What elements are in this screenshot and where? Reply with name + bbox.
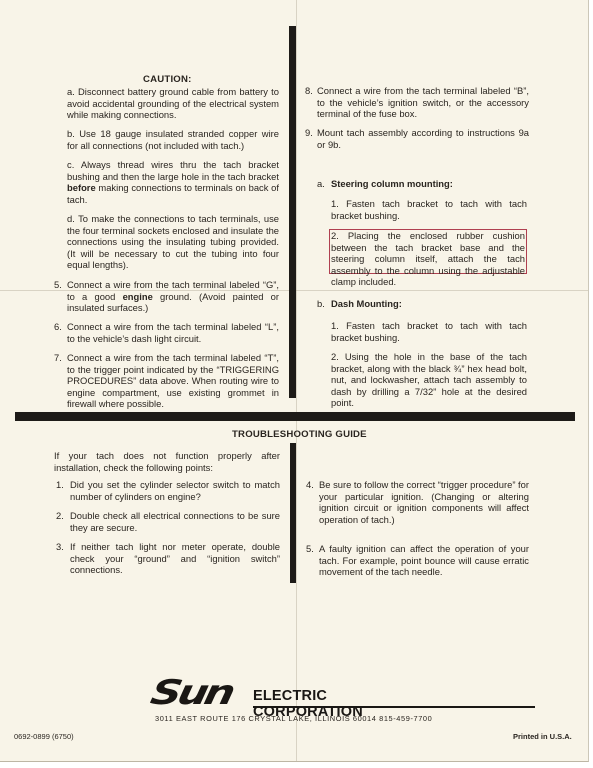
step-number: 5. — [54, 279, 62, 291]
mounting-a-title: Steering column mounting: — [331, 178, 531, 190]
trouble-number: 5. — [306, 543, 314, 555]
logo-underline — [253, 706, 535, 708]
trouble-item-1: Did you set the cylinder selector switch… — [70, 479, 280, 502]
step-emphasis: engine — [123, 291, 153, 302]
step-number: 8. — [305, 85, 313, 97]
caution-heading: CAUTION: — [143, 74, 192, 85]
troubleshooting-heading: TROUBLESHOOTING GUIDE — [232, 429, 367, 440]
part-number: 0692-0899 (6750) — [14, 732, 74, 741]
step-9: Mount tach assembly according to instruc… — [317, 127, 529, 150]
trouble-number: 3. — [56, 541, 64, 553]
column-divider-top — [289, 26, 296, 398]
trouble-item-2: Double check all electrical connections … — [70, 510, 280, 533]
item-text: To make the connections to tach terminal… — [67, 213, 279, 270]
mounting-b-label: b. — [317, 298, 325, 310]
trouble-number: 2. — [56, 510, 64, 522]
step-7: Connect a wire from the tach terminal la… — [67, 352, 279, 410]
item-label: d. — [67, 213, 75, 224]
item-text: Disconnect battery ground cable from bat… — [67, 86, 279, 120]
printed-in: Printed in U.S.A. — [513, 732, 572, 741]
column-divider-bottom — [290, 443, 296, 583]
trouble-number: 4. — [306, 479, 314, 491]
step-number: 7. — [54, 352, 62, 364]
step-8: Connect a wire from the tach terminal la… — [317, 85, 529, 120]
company-address: 3011 EAST ROUTE 176 CRYSTAL LAKE, ILLINO… — [155, 714, 432, 723]
item-text: Use 18 gauge insulated stranded copper w… — [67, 128, 279, 151]
section-divider — [15, 412, 575, 421]
troubleshooting-intro: If your tach does not function properly … — [54, 450, 280, 473]
trouble-item-5: A faulty ignition can affect the operati… — [319, 543, 529, 578]
step-number: 6. — [54, 321, 62, 333]
caution-item-b: b. Use 18 gauge insulated stranded coppe… — [67, 128, 279, 151]
trouble-item-3: If neither tach light nor meter operate,… — [70, 541, 280, 576]
fold-crease-vertical — [296, 0, 297, 761]
step-6: Connect a wire from the tach terminal la… — [67, 321, 279, 344]
step-5: Connect a wire from the tach terminal la… — [67, 279, 279, 314]
item-emphasis: before — [67, 182, 96, 193]
mounting-a-label: a. — [317, 178, 325, 190]
mounting-a-step-1: 1. Fasten tach bracket to tach with tach… — [331, 198, 527, 221]
caution-item-d: d. To make the connections to tach termi… — [67, 213, 279, 271]
caution-item-a: a. Disconnect battery ground cable from … — [67, 86, 279, 121]
mounting-b-step-1: 1. Fasten tach bracket to tach with tach… — [331, 320, 527, 343]
item-label: b. — [67, 128, 75, 139]
item-label: c. — [67, 159, 74, 170]
mounting-a-step-2: 2. Placing the enclosed rubber cushion b… — [331, 230, 525, 288]
item-label: a. — [67, 86, 75, 97]
trouble-number: 1. — [56, 479, 64, 491]
company-logo: Sun ELECTRIC CORPORATION — [155, 676, 435, 712]
trouble-item-4: Be sure to follow the correct “trigger p… — [319, 479, 529, 525]
item-text: making connections to terminals on back … — [67, 182, 279, 205]
sun-logo-wordmark: Sun — [148, 676, 235, 710]
mounting-b-step-2: 2. Using the hole in the base of the tac… — [331, 351, 527, 409]
caution-item-c: c. Always thread wires thru the tach bra… — [67, 159, 279, 205]
step-number: 9. — [305, 127, 313, 139]
item-text: Always thread wires thru the tach bracke… — [67, 159, 279, 182]
mounting-b-title: Dash Mounting: — [331, 298, 531, 310]
